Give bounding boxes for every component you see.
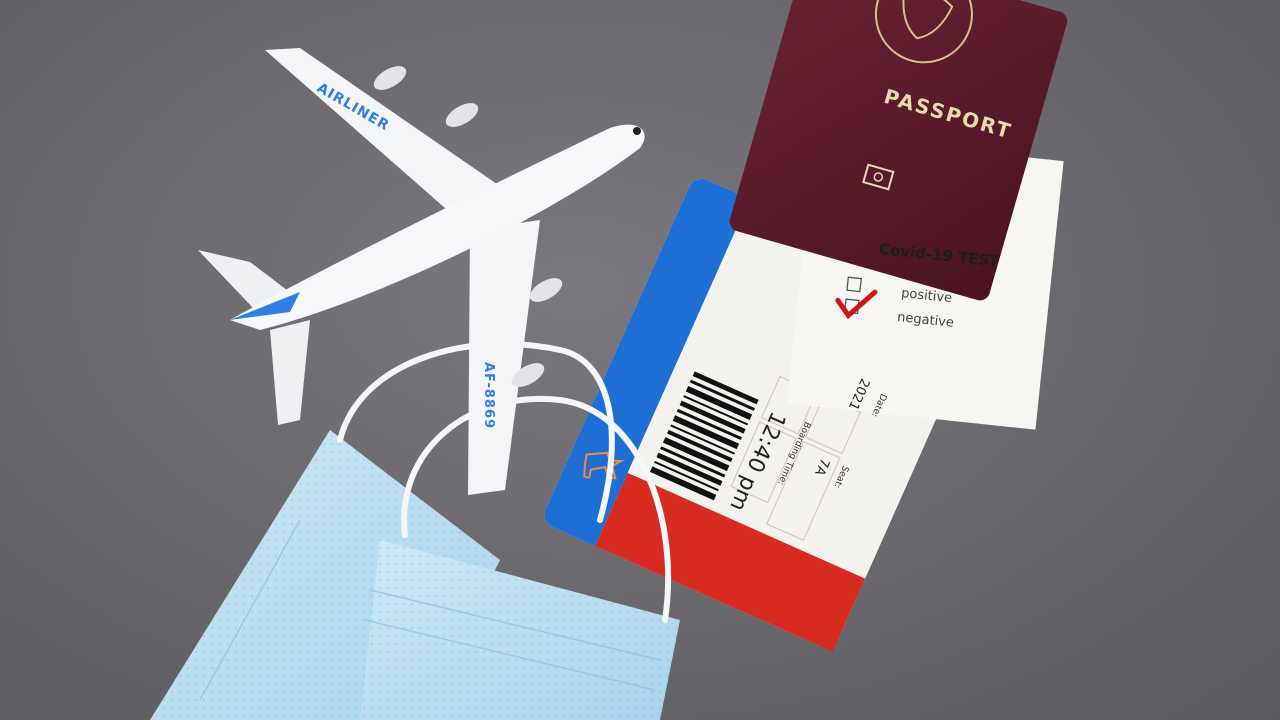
toy-airplane — [198, 48, 645, 495]
photo-scene: AIRLINER AF-8869 PASSPORT Covid-19 TEST … — [0, 0, 1280, 720]
scene-graphics — [0, 0, 1280, 720]
airplane-registration: AF-8869 — [481, 362, 496, 429]
